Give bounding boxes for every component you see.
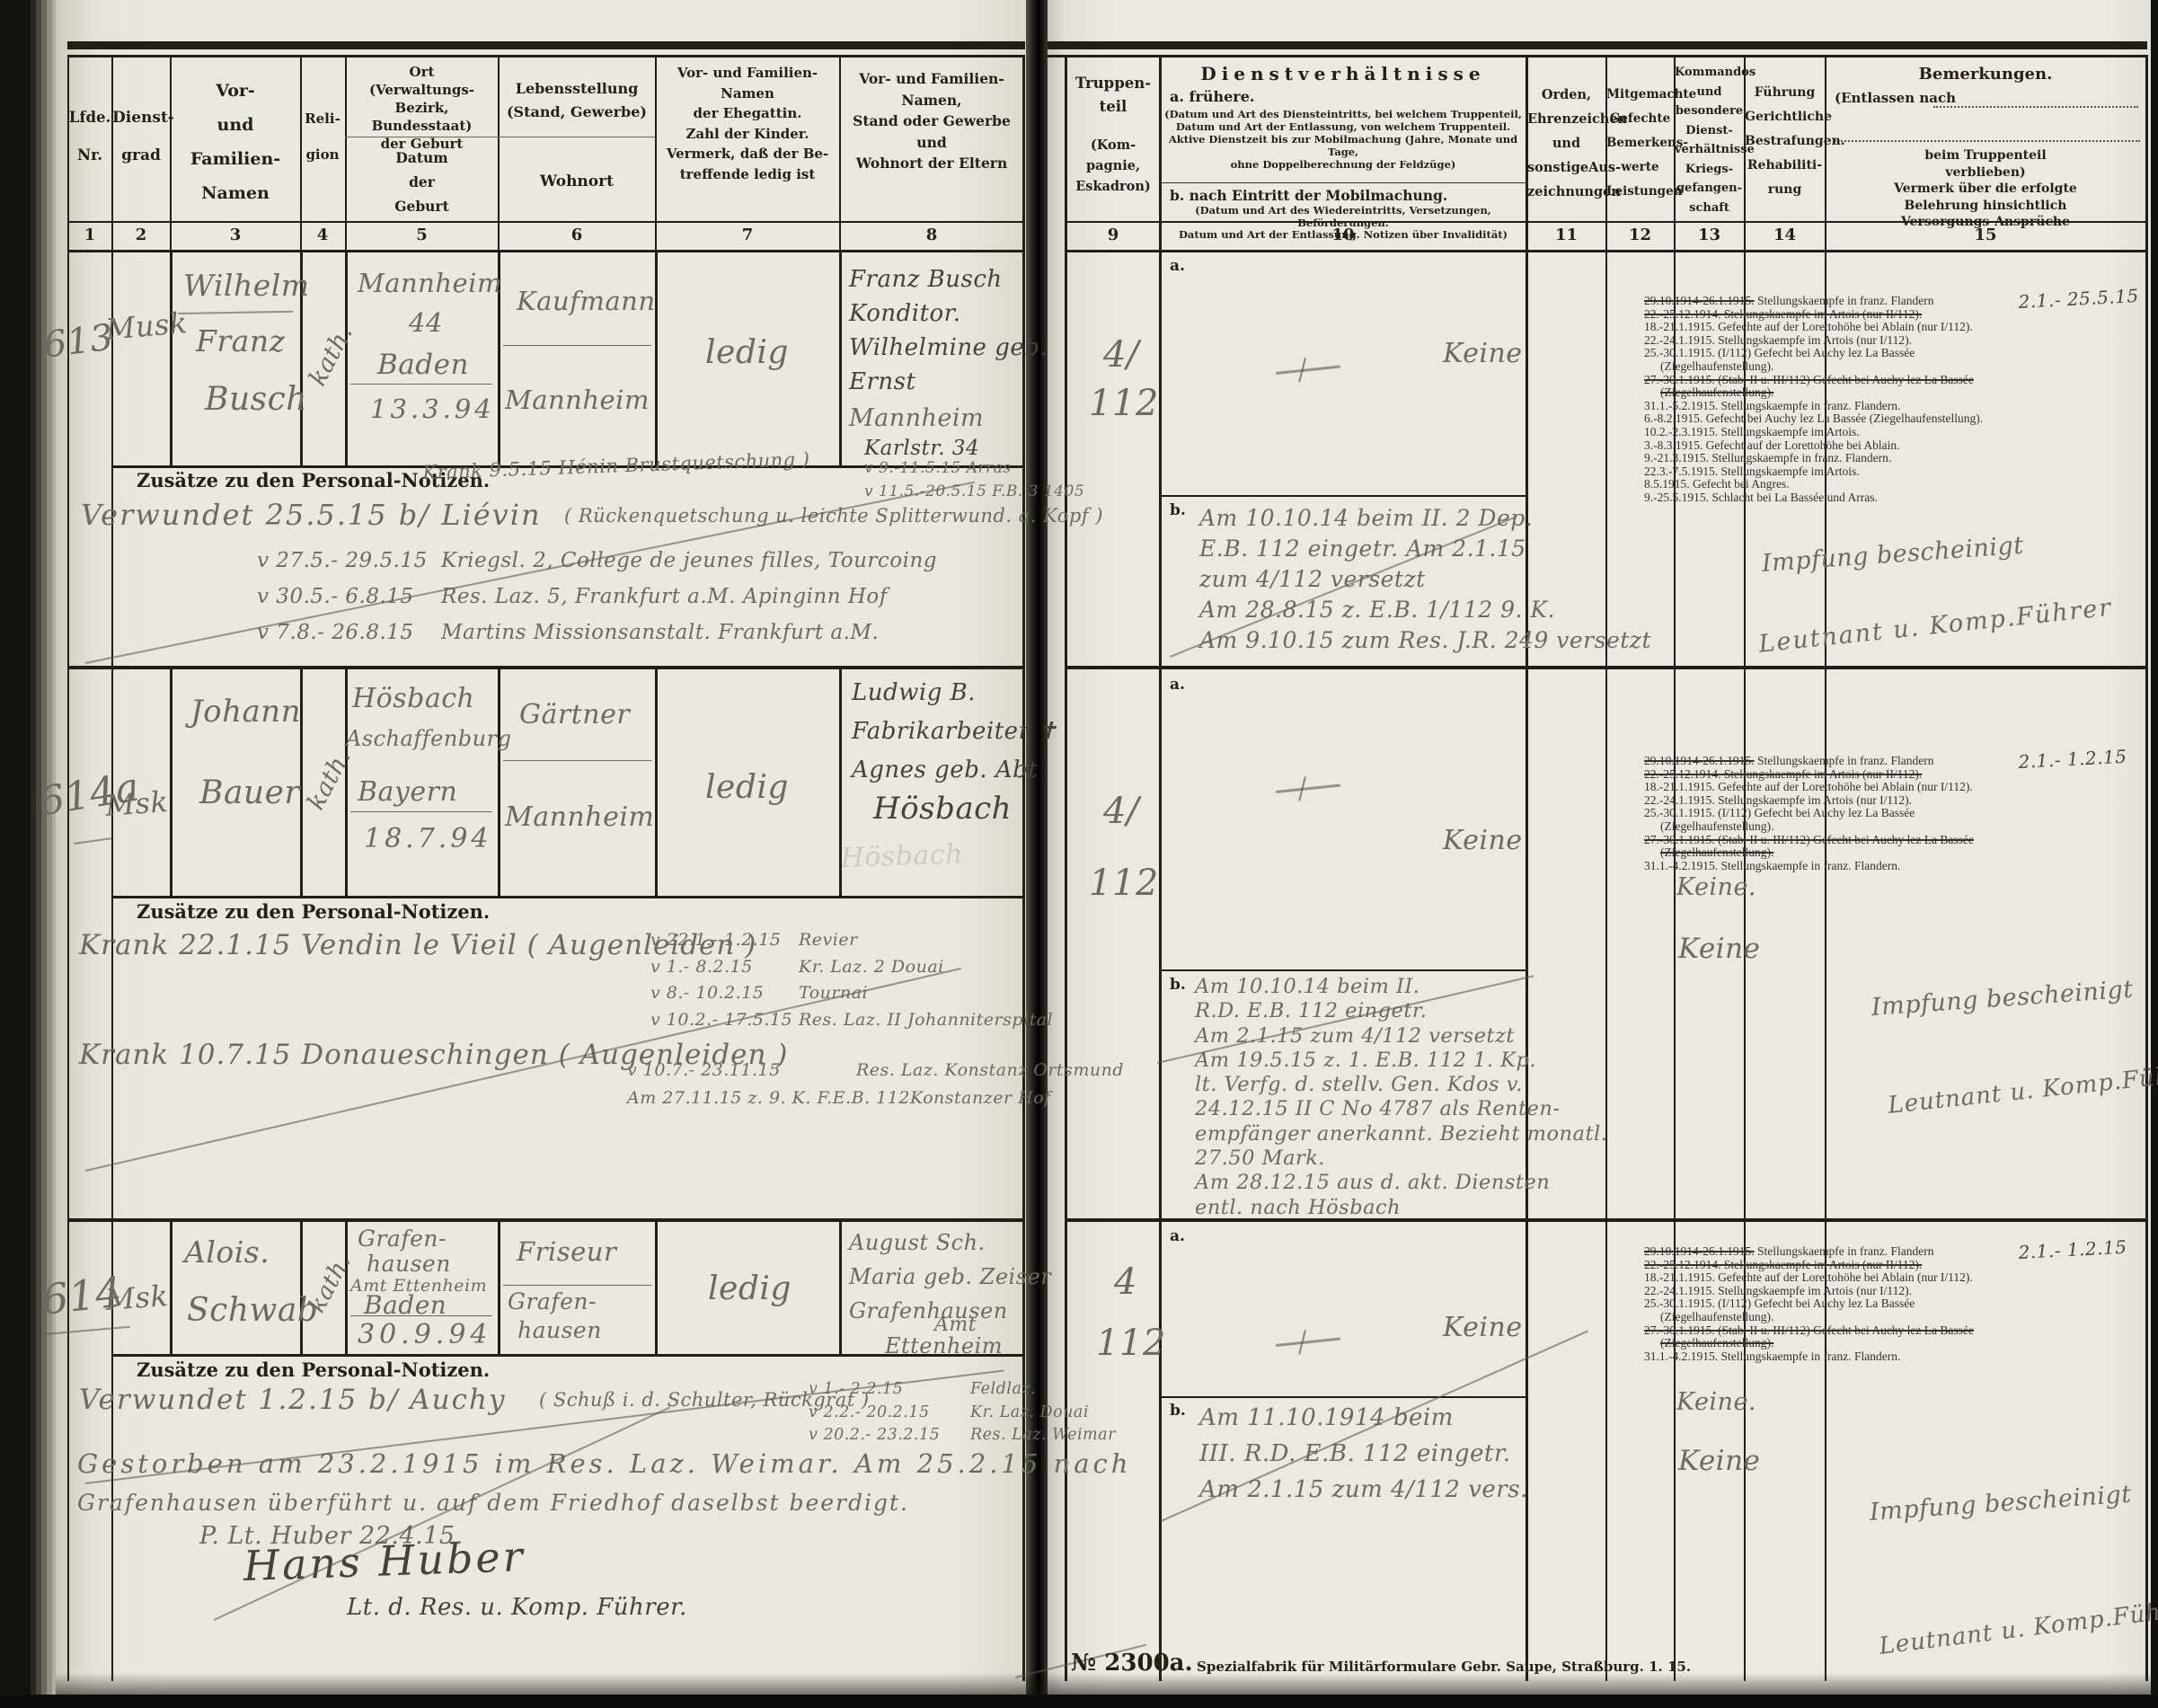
right-page-edge	[2151, 0, 2158, 1708]
entry2-occupation: Gärtner	[519, 699, 630, 730]
entry2-service-b-notes: Am 10.10.14 beim II.R.D. E.B. 112 einget…	[1195, 975, 1607, 1220]
entry2-col-note-b: Keine	[1678, 933, 1760, 965]
grid-line	[111, 896, 1025, 898]
cell-divider	[350, 811, 492, 812]
grid-line	[1065, 250, 2147, 252]
entry-divider	[67, 666, 1025, 669]
col-number-7: 7	[656, 226, 839, 244]
col-header-eltern: Vor- und Familien-Namen,Stand oder Gewer…	[840, 68, 1023, 174]
entry2-marital-status: ledig	[705, 769, 789, 806]
entry3-parents: August Sch.Maria geb. ZeiserGrafenhausen	[849, 1226, 1051, 1328]
entry3-parents-residence: Ettenheim	[885, 1333, 1003, 1358]
entry3-birth-place2: hausen	[367, 1251, 451, 1277]
section-a-label-2: a.	[1170, 676, 1185, 694]
entry3-birth-date: 30.9.94	[358, 1319, 492, 1350]
entry1-parents: Franz BuschKonditor.Wilhelmine geb.Ernst	[849, 262, 1048, 399]
entry3-troop-bottom: 112	[1096, 1323, 1166, 1364]
entry3-birth-place: Grafen-	[358, 1226, 447, 1252]
col-header-dienst-a: a. frühere.	[1170, 88, 1254, 105]
entry1-birth-date: 13.3.94	[370, 394, 495, 424]
top-rule-left-thin	[67, 55, 1025, 58]
entry3-rank: Msk	[104, 1279, 170, 1317]
section-b-divider	[1159, 495, 1527, 497]
grid-line	[498, 1222, 500, 1357]
col-header-bemerkungen-entlassen: (Entlassen nach	[1835, 90, 1956, 106]
col-number-13: 13	[1675, 226, 1744, 244]
dotted-rule	[1835, 140, 2140, 142]
col-number-4: 4	[300, 226, 345, 244]
grid-line	[498, 669, 500, 898]
col-header-namen: Vor-undFamilien-Namen	[171, 74, 300, 210]
grid-line	[345, 1222, 348, 1357]
entry3-residence: Grafen-	[508, 1288, 597, 1314]
entry2-parents-residence: Hösbach	[873, 791, 1012, 827]
entry1-parents-residence: Mannheim	[849, 404, 984, 432]
entry2-birth-district: Aschaffenburg	[346, 726, 511, 751]
section-a-label-1: a.	[1170, 257, 1185, 275]
battle-list-stamp-3: 29.10.1914-26.1.1915. Stellungskaempfe i…	[1644, 1245, 2030, 1363]
section-b-label-2: b.	[1170, 976, 1186, 994]
entry2-parents-residence-ghost: Hösbach	[840, 838, 963, 874]
col-number-5: 5	[346, 226, 498, 244]
col-header-truppenteil-sub: (Kom-pagnie,Eskadron)	[1067, 135, 1159, 197]
col-header-fuehrung: FührungGerichtlicheBestrafungen.Rehabili…	[1745, 81, 1825, 202]
col-header-geburtsort: Ort(Verwaltungs-Bezirk,Bundesstaat)der G…	[346, 63, 498, 153]
entry3-col-note-b: Keine	[1678, 1445, 1760, 1477]
col-header-truppenteil: Truppen-teil	[1067, 72, 1159, 119]
zusatz-label-2: Zusätze zu den Personal-Notizen.	[137, 900, 490, 923]
grid-line	[1159, 55, 1162, 1681]
grid-line	[839, 1222, 842, 1357]
grid-line	[839, 250, 842, 468]
cell-divider	[503, 760, 651, 761]
entry1-troop-top: 4/	[1103, 334, 1139, 376]
entry2-last-name: Bauer	[199, 774, 300, 811]
col-number-8: 8	[840, 226, 1023, 244]
entry1-middle-name: Franz	[196, 323, 286, 358]
col-header-bemerkungen-rest: beim Truppenteilverblieben)Vermerk über …	[1826, 147, 2145, 231]
entry3-zusatz-main3: Grafenhausen überführt u. auf dem Friedh…	[77, 1490, 909, 1516]
entry3-service-b-notes: Am 11.10.1914 beimIII. R.D. E.B. 112 ein…	[1199, 1400, 1528, 1508]
cell-divider	[503, 345, 651, 346]
col-header-dienstverhaeltnisse-title: Dienstverhältnisse	[1161, 63, 1526, 84]
entry1-birth-house: 44	[409, 307, 443, 338]
col-header-orden: Orden,EhrenzeichenundsonstigeAus-zeichnu…	[1527, 83, 1605, 204]
col-number-3: 3	[171, 226, 300, 244]
entry1-birth-place: Mannheim	[358, 268, 502, 298]
entry-divider	[1065, 666, 2147, 669]
entry1-birth-state: Baden	[377, 349, 469, 381]
grid-line	[111, 55, 113, 1681]
entry3-occupation: Friseur	[517, 1236, 616, 1267]
col-header-gefechte: MitgemachteGefechteBemerkens-werteLeistu…	[1606, 83, 1674, 204]
col-header-kommandos: KommandosundbesondereDienst-verhältnisse…	[1675, 63, 1744, 217]
entry1-zusatz-main-paren: ( Rückenquetschung u. leichte Splitterwu…	[564, 505, 1103, 527]
grid-line	[655, 669, 658, 898]
entry1-last-name: Busch	[205, 381, 307, 418]
register-scan: Lfde.Nr. Dienst-grad Vor-undFamilien-Nam…	[0, 0, 2158, 1708]
dotted-rule	[1933, 106, 2138, 108]
entry1-first-name: Wilhelm	[183, 268, 310, 303]
entry1-orders: Keine	[1443, 338, 1523, 369]
book-binding-edge	[0, 0, 56, 1708]
col-header-geburtsdatum: DatumderGeburt	[346, 146, 498, 218]
entry1-service-b-notes: Am 10.10.14 beim II. 2 Dep.E.B. 112 eing…	[1199, 503, 1651, 656]
entry3-signature-title: Lt. d. Res. u. Komp. Führer.	[347, 1594, 687, 1621]
grid-line	[170, 1222, 172, 1357]
top-rule-left	[67, 41, 1025, 49]
grid-line	[67, 55, 69, 1681]
col-number-10: 10	[1161, 226, 1526, 244]
entry2-troop-bottom: 112	[1089, 863, 1159, 904]
col-number-15: 15	[1826, 226, 2145, 244]
entry1-marital-status: ledig	[705, 334, 789, 371]
entry3-troop-top: 4	[1114, 1261, 1137, 1303]
battle-list-stamp-1: 29.10.1914-26.1.1915. Stellungskaempfe i…	[1644, 295, 2030, 505]
grid-line	[655, 250, 658, 468]
grid-line	[345, 250, 348, 468]
entry1-rank: Musk	[104, 305, 189, 347]
footer-printer-imprint: Spezialfabrik für Militärformulare Gebr.…	[1197, 1659, 1691, 1675]
top-rule-right-thin	[1048, 55, 2147, 58]
entry2-birth-state: Bayern	[358, 776, 457, 808]
grid-line	[300, 1222, 303, 1357]
entry2-parents: Ludwig B.Fabrikarbeiter ✝Agnes geb. Abt	[852, 674, 1058, 790]
entry1-occupation: Kaufmann	[517, 286, 656, 316]
top-rule-right	[1048, 41, 2147, 49]
entry2-birth-date: 18.7.94	[364, 823, 492, 854]
entry3-zusatz-main1: Verwundet 1.2.15 b/ Auchy	[79, 1384, 506, 1416]
col-header-dienst-b: b. nach Eintritt der Mobilmachung.	[1170, 187, 1447, 204]
section-b-label-3: b.	[1170, 1402, 1186, 1420]
cell-divider	[498, 137, 655, 137]
grid-line	[2145, 55, 2148, 1681]
entry3-first-name: Alois.	[184, 1235, 270, 1270]
bottom-band	[0, 1695, 2158, 1708]
entry3-last-name: Schwab	[187, 1292, 318, 1329]
grid-line	[67, 221, 1025, 223]
col-number-2: 2	[112, 226, 170, 244]
entry2-first-name: Johann	[190, 694, 301, 730]
col-header-lebensstellung: Lebensstellung(Stand, Gewerbe)	[499, 77, 655, 124]
grid-line	[1605, 55, 1607, 1681]
entry2-rank: Msk	[104, 784, 170, 823]
entry2-birth-place: Hösbach	[352, 683, 474, 714]
col-number-12: 12	[1606, 226, 1674, 244]
col-number-1: 1	[67, 226, 112, 244]
entry-divider	[67, 1218, 1025, 1222]
col-header-wohnort: Wohnort	[499, 173, 655, 190]
cell-divider	[350, 384, 492, 385]
col-number-9: 9	[1067, 226, 1159, 244]
grid-line	[345, 669, 348, 898]
entry2-orders: Keine	[1443, 825, 1523, 856]
grid-line	[170, 250, 172, 468]
entry2-zusatz-rows1: v 22.1.- 1.2.15Revierv 1.- 8.2.15Kr. Laz…	[650, 927, 1053, 1033]
cell-divider	[1159, 182, 1527, 183]
battle-list-stamp-2: 29.10.1914-26.1.1915. Stellungskaempfe i…	[1644, 755, 2030, 872]
col-number-11: 11	[1527, 226, 1605, 244]
entry3-col-note-a: Keine.	[1676, 1388, 1756, 1416]
section-b-label-1: b.	[1170, 501, 1186, 519]
col-header-lfde-nr: Lfde.Nr.	[67, 99, 112, 174]
cell-divider	[503, 1285, 651, 1286]
zusatz-label-3: Zusätze zu den Personal-Notizen.	[137, 1358, 490, 1381]
col-header-dienstgrad: Dienst-grad	[112, 99, 170, 174]
entry2-zusatz-rows2: v 10.7.- 23.11.15Res. Laz. Konstanz Orts…	[627, 1057, 1124, 1112]
section-a-label-3: a.	[1170, 1227, 1185, 1245]
grid-line	[170, 669, 172, 898]
section-b-divider	[1159, 969, 1527, 971]
col-header-dienst-a-sub: (Datum und Art des Diensteintritts, bei …	[1161, 108, 1526, 171]
col-header-religion: Reli-gion	[300, 101, 345, 173]
entry2-troop-top: 4/	[1103, 791, 1139, 832]
col-header-bemerkungen-title: Bemerkungen.	[1826, 65, 2145, 84]
entry3-residence2: hausen	[517, 1317, 602, 1343]
entry1-zusatz-main: Verwundet 25.5.15 b/ Liévin	[81, 498, 542, 532]
col-header-ehegattin: Vor- und Familien-Namender Ehegattin.Zah…	[656, 63, 839, 184]
col-number-6: 6	[499, 226, 655, 244]
entry3-birth-state: Baden	[364, 1290, 447, 1320]
section-b-divider	[1159, 1396, 1527, 1398]
entry2-residence: Mannheim	[505, 801, 654, 833]
entry3-marital-status: ledig	[708, 1270, 792, 1307]
col-number-14: 14	[1745, 226, 1825, 244]
entry1-residence: Mannheim	[505, 385, 650, 415]
entry1-troop-bottom: 112	[1089, 383, 1159, 424]
grid-line	[67, 250, 1025, 252]
grid-line	[655, 1222, 658, 1357]
entry2-col-note-a: Keine.	[1676, 873, 1756, 901]
footer-form-number: № 2300a.	[1071, 1650, 1193, 1677]
entry3-orders: Keine	[1443, 1312, 1523, 1343]
